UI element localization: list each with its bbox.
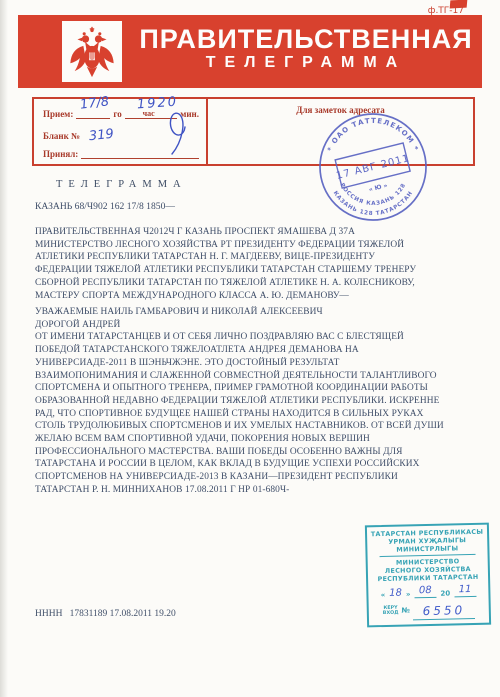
government-banner: ПРАВИТЕЛЬСТВЕННАЯ ТЕЛЕГРАММА: [18, 15, 482, 88]
telegram-address-block: ПРАВИТЕЛЬСТВЕННАЯ Ч2012Ч Г КАЗАНЬ ПРОСПЕ…: [35, 226, 480, 302]
entry-date-month-blank: 08: [414, 578, 436, 598]
entry-date-month-handwritten: 08: [419, 585, 432, 596]
telegram-body-block: УВАЖАЕМЫЕ НАИЛЬ ГАМБАРОВИЧ И НИКОЛАЙ АЛЕ…: [35, 306, 480, 497]
quote-close: »: [406, 590, 411, 598]
telegram-scan-page: ф.ТГ-17: [0, 0, 500, 697]
telegram-meta-line: КАЗАНЬ 68/Ч902 162 17/8 1850—: [35, 201, 175, 212]
go-label: го: [113, 109, 121, 119]
address-line: ФЕДЕРАЦИИ ТЯЖЕЛОЙ АТЛЕТИКИ РЕСПУБЛИКИ ТА…: [35, 264, 480, 277]
body-line: ТАТАРСТАНА И РОССИИ В ЦЕЛОМ, КАК ВКЛАД В…: [35, 458, 480, 471]
blank-label: Бланк №: [43, 131, 80, 141]
body-line: ПОБЕДОЙ ТАТАРСТАНСКОГО ТЯЖЕЛОАТЛЕТА АНДР…: [35, 344, 480, 357]
reception-fields: Прием: 17/8 го час 1920 мин. Бланк № 319…: [34, 99, 208, 164]
entry-stamp-date-row: « 18 » 08 20 11: [370, 583, 486, 600]
round-stamp-org-text: * ОАО ТАТТЕЛЕКОМ *: [326, 117, 420, 153]
body-line: УВАЖАЕМЫЕ НАИЛЬ ГАМБАРОВИЧ И НИКОЛАЙ АЛЕ…: [35, 306, 480, 319]
entry-stamp-number-row: КЕРҮ ВХОД № 6550: [371, 599, 487, 622]
body-line: ВЗАИМОПОНИМАНИЯ И СЛАЖЕННОЙ СОВМЕСТНОЙ Д…: [35, 370, 480, 383]
entry-label-bottom: ВХОД: [383, 611, 399, 616]
entry-date-century: 20: [440, 590, 450, 598]
double-headed-eagle-icon: [66, 24, 118, 80]
body-line: ДОРОГОЙ АНДРЕЙ: [35, 319, 480, 332]
banner-title: ПРАВИТЕЛЬСТВЕННАЯ: [136, 25, 476, 53]
entry-labels: КЕРҮ ВХОД: [383, 606, 399, 616]
ministry-entry-stamp: ТАТАРСТАН РЕСПУБЛИКАСЫУРМАН ХУҖАЛЫГЫМИНИ…: [365, 523, 491, 628]
address-line: ПРАВИТЕЛЬСТВЕННАЯ Ч2012Ч Г КАЗАНЬ ПРОСПЕ…: [35, 226, 480, 239]
priem-label: Прием:: [43, 109, 73, 119]
entry-number-handwritten: 6550: [422, 603, 465, 618]
body-line: ТАТАРСТАН Р. Н. МИННИХАНОВ 17.08.2011 Г …: [35, 484, 480, 497]
telegram-footer-line: НННН 17831189 17.08.2011 19.20: [35, 609, 176, 619]
entry-date-day-handwritten: 18: [389, 589, 402, 599]
quote-open: «: [381, 591, 386, 599]
banner-titles: ПРАВИТЕЛЬСТВЕННАЯ ТЕЛЕГРАММА: [136, 25, 476, 72]
entry-stamp-tatar-lines: ТАТАРСТАН РЕСПУБЛИКАСЫУРМАН ХУҖАЛЫГЫМИНИ…: [369, 528, 486, 555]
body-line: ОТ ИМЕНИ ТАТАРСТАНЦЕВ И ОТ СЕБЯ ЛИЧНО ПО…: [35, 331, 480, 344]
body-line: СПОРТСМЕНОВ НА УНИВЕРСИАДЕ-2013 В КАЗАНИ…: [35, 471, 480, 484]
prinyal-row: Принял:: [43, 148, 199, 159]
entry-stamp-line: МИНИСТРЛЫГЫ: [369, 544, 485, 555]
round-stamp-index-mark: « Ю »: [368, 182, 388, 193]
body-line: ПРОФЕССИОНАЛЬНОГО МАСТЕРСТВА. ВАШИ ПОБЕД…: [35, 446, 480, 459]
number-sign: №: [401, 606, 410, 614]
prinyal-label: Принял:: [43, 149, 78, 159]
entry-number-blank: 6550: [413, 599, 475, 620]
entry-date-year-handwritten: 11: [459, 584, 472, 595]
blank-number-handwritten: 319: [88, 127, 114, 145]
address-line: СБОРНОЙ РЕСПУБЛИКИ ТАТАРСТАН ПО ТЯЖЕЛОЙ …: [35, 277, 480, 290]
svg-text:* ОАО ТАТТЕЛЕКОМ *: * ОАО ТАТТЕЛЕКОМ *: [326, 117, 420, 153]
telegram-heading: ТЕЛЕГРАММА: [56, 179, 187, 190]
priem-date-handwritten: 17/8: [80, 94, 111, 112]
body-line: СТОЛЬ ТРУДОЛЮБИВЫХ СПОРТСМЕНОВ И ИХ УМЕЛ…: [35, 420, 480, 433]
address-line: МИНИСТЕРСТВО ЛЕСНОГО ХОЗЯЙСТВА РТ ПРЕЗИД…: [35, 239, 480, 252]
address-line: АТЛЕТИКИ РЕСПУБЛИКИ ТАТАРСТАН Н. Г. МАГД…: [35, 251, 480, 264]
priem-date-blank: 17/8: [76, 108, 110, 119]
body-line: РАД, ЧТО СПОРТИВНОЕ БУДУЩЕЕ НАШЕЙ СТРАНЫ…: [35, 408, 480, 421]
address-line: МАСТЕРУ СПОРТА МЕЖДУНАРОДНОГО КЛАССА А. …: [35, 290, 480, 303]
entry-date-year-blank: 11: [454, 577, 476, 597]
banner-subtitle: ТЕЛЕГРАММА: [136, 54, 476, 72]
body-line: УНИВЕРСИАДЕ-2011 В ШЭНЬЧЖЭНЕ. ЭТО ДОСТОЙ…: [35, 357, 480, 370]
body-line: ЖЕЛАЮ ВСЕМ ВАМ СПОРТИВНОЙ УДАЧИ, ПОКОРЕН…: [35, 433, 480, 446]
body-line: СПОРТСМЕНА И ОПЫТНОГО ТРЕНЕРА, ПРИМЕР ГР…: [35, 382, 480, 395]
post-office-round-stamp: * ОАО ТАТТЕЛЕКОМ * РОССИЯ КАЗАНЬ 128 КАЗ…: [315, 109, 431, 227]
body-line: ОБРАЗОВАННОЙ НЕДАВНО ФЕДЕРАЦИИ ТЯЖЕЛОЙ А…: [35, 395, 480, 408]
coat-of-arms: [62, 21, 122, 82]
prinyal-blank: [81, 148, 199, 159]
